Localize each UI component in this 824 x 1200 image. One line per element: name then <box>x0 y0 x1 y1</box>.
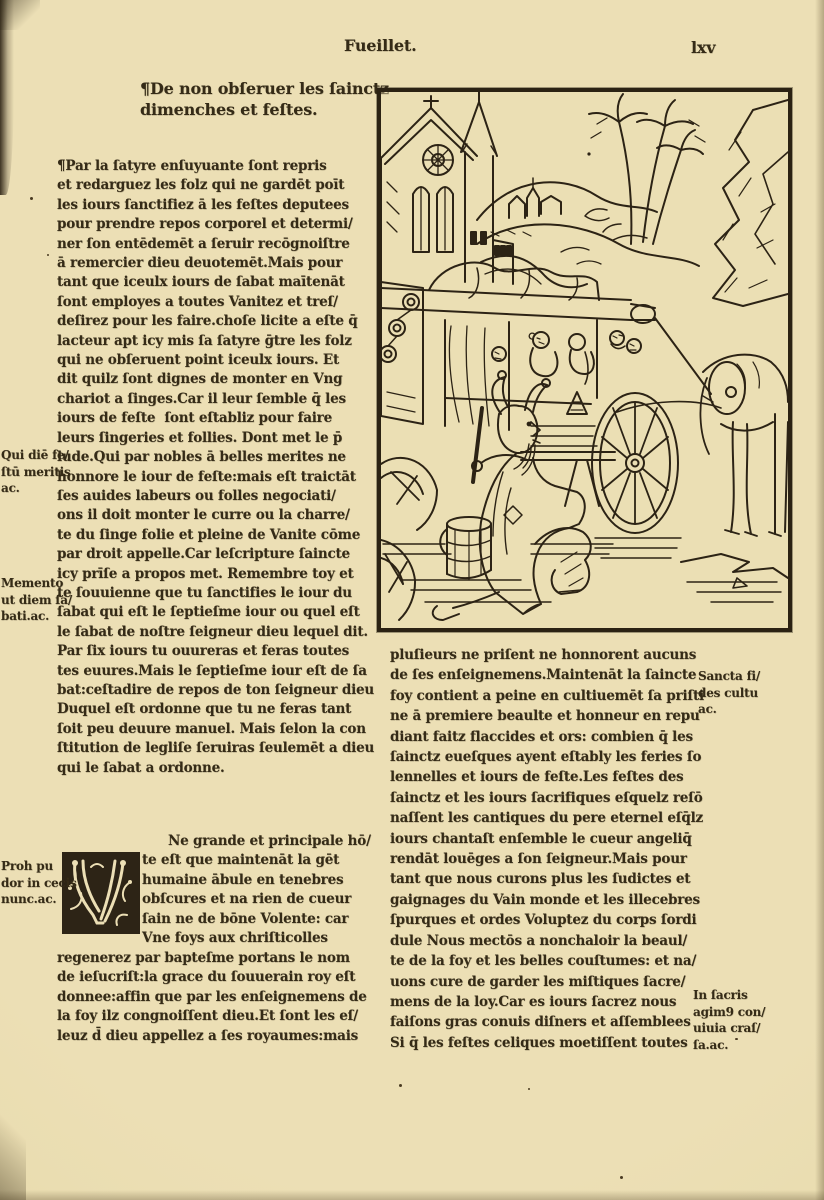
right-column-paragraph: pluſieurs ne priſent ne honnorent aucuns… <box>390 645 724 1053</box>
woodcut-horse <box>700 355 788 536</box>
woodcut-fools-chariot-illustration <box>381 92 788 628</box>
margin-note-left-2: Memento ut diem ſa/ bati.ac. <box>1 575 59 625</box>
ink-speck <box>47 254 49 256</box>
ink-speck <box>735 1038 738 1040</box>
ink-speck <box>399 1084 402 1087</box>
woodcut-ground <box>383 402 788 602</box>
page-edge-shadow-bottom <box>0 1190 824 1200</box>
woodcut-cliff <box>713 100 788 306</box>
decorated-initial-ornament <box>63 853 139 933</box>
woodcut-monkeys <box>492 331 641 384</box>
woodcut-trees <box>585 94 705 244</box>
page-edge-shadow-right <box>815 0 824 1200</box>
margin-note-right-2: In ſacris agim9 con/ uiuia craſ/ ſa.ac. <box>693 987 805 1053</box>
left-column-paragraph-1: ¶Par la ſatyre enſuyuante ſont repris et… <box>57 157 383 778</box>
woodcut-sky-dot <box>587 152 590 155</box>
decorated-initial-block <box>63 853 139 933</box>
folio-number: lxv <box>691 38 715 57</box>
woodcut-wheel <box>592 393 678 533</box>
page-edge-shadow-top-left-soft <box>0 0 40 30</box>
woodcut-frame <box>377 88 792 632</box>
left-column-paragraph-2-indented: Ne grande et principale hō/ te eſt que m… <box>142 832 382 948</box>
scanned-book-page: { "header": { "running_title": "Fueillet… <box>0 0 824 1200</box>
woodcut-church <box>381 92 513 284</box>
running-title: Fueillet. <box>344 36 416 55</box>
ink-speck <box>528 1088 530 1090</box>
left-column-paragraph-2-full: regenerez par bapteſme portans le nom de… <box>57 949 383 1046</box>
margin-note-left-1: Qui diē fe/ ſtū meritis ac. <box>1 447 59 497</box>
section-heading: ¶De non obſeruer les ſainctz dimenches e… <box>140 78 389 120</box>
margin-note-left-3: Proh pu dor in cecis nunc.ac. <box>1 858 61 908</box>
ink-speck <box>30 197 33 200</box>
ink-speck <box>620 1176 623 1179</box>
page-background: Fueillet. lxv ¶De non obſeruer les ſainc… <box>0 0 824 1200</box>
margin-note-right-1: Sancta fi/ des cultu ac. <box>698 668 802 718</box>
page-edge-shadow-bottom-left <box>0 1110 26 1200</box>
woodcut-left-wheels <box>381 458 437 620</box>
